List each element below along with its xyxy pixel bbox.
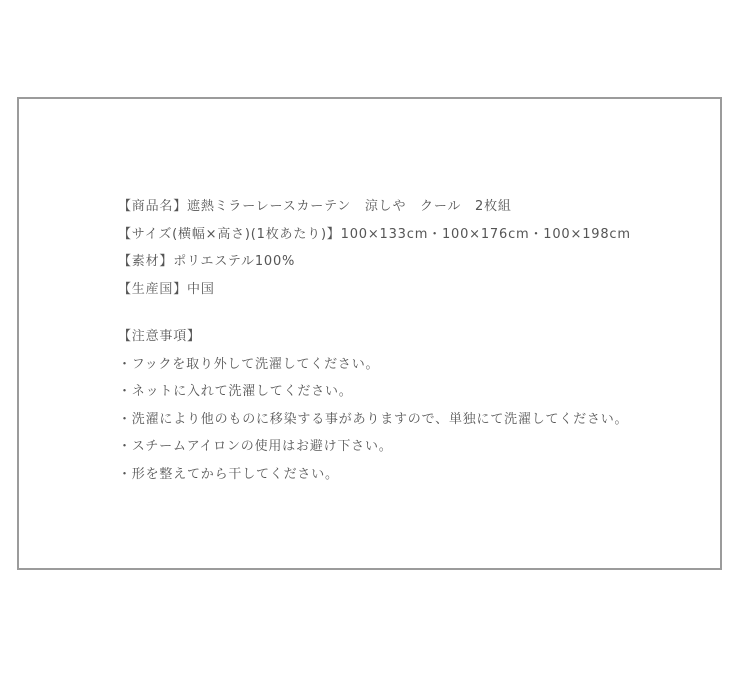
note-item: ・形を整えてから干してください。: [118, 461, 692, 489]
product-name-label: 【商品名】: [118, 199, 187, 214]
product-material-label: 【素材】: [118, 254, 173, 269]
product-spec-block: 【商品名】遮熱ミラーレースカーテン 涼しや クール 2枚組 【サイズ(横幅×高さ…: [118, 193, 692, 303]
product-info-panel: 【商品名】遮熱ミラーレースカーテン 涼しや クール 2枚組 【サイズ(横幅×高さ…: [17, 97, 722, 570]
product-size-value: 100×133cm・100×176cm・100×198cm: [341, 227, 631, 242]
product-material-value: ポリエステル100%: [173, 254, 295, 269]
notes-block: 【注意事項】 ・フックを取り外して洗濯してください。 ・ネットに入れて洗濯してく…: [118, 323, 692, 488]
product-size-line: 【サイズ(横幅×高さ)(1枚あたり)】100×133cm・100×176cm・1…: [118, 221, 692, 249]
note-item: ・ネットに入れて洗濯してください。: [118, 378, 692, 406]
note-item: ・フックを取り外して洗濯してください。: [118, 351, 692, 379]
panel-content: 【商品名】遮熱ミラーレースカーテン 涼しや クール 2枚組 【サイズ(横幅×高さ…: [19, 99, 720, 488]
note-item: ・洗濯により他のものに移染する事がありますので、単独にて洗濯してください。: [118, 406, 692, 434]
product-material-line: 【素材】ポリエステル100%: [118, 248, 692, 276]
page-background: 【商品名】遮熱ミラーレースカーテン 涼しや クール 2枚組 【サイズ(横幅×高さ…: [0, 0, 740, 678]
notes-heading: 【注意事項】: [118, 323, 692, 351]
product-size-label: 【サイズ(横幅×高さ)(1枚あたり)】: [118, 227, 341, 242]
note-item: ・スチームアイロンの使用はお避け下さい。: [118, 433, 692, 461]
product-origin-value: 中国: [187, 282, 215, 297]
product-name-value: 遮熱ミラーレースカーテン 涼しや クール 2枚組: [187, 199, 512, 214]
product-name-line: 【商品名】遮熱ミラーレースカーテン 涼しや クール 2枚組: [118, 193, 692, 221]
product-origin-label: 【生産国】: [118, 282, 187, 297]
product-origin-line: 【生産国】中国: [118, 276, 692, 304]
